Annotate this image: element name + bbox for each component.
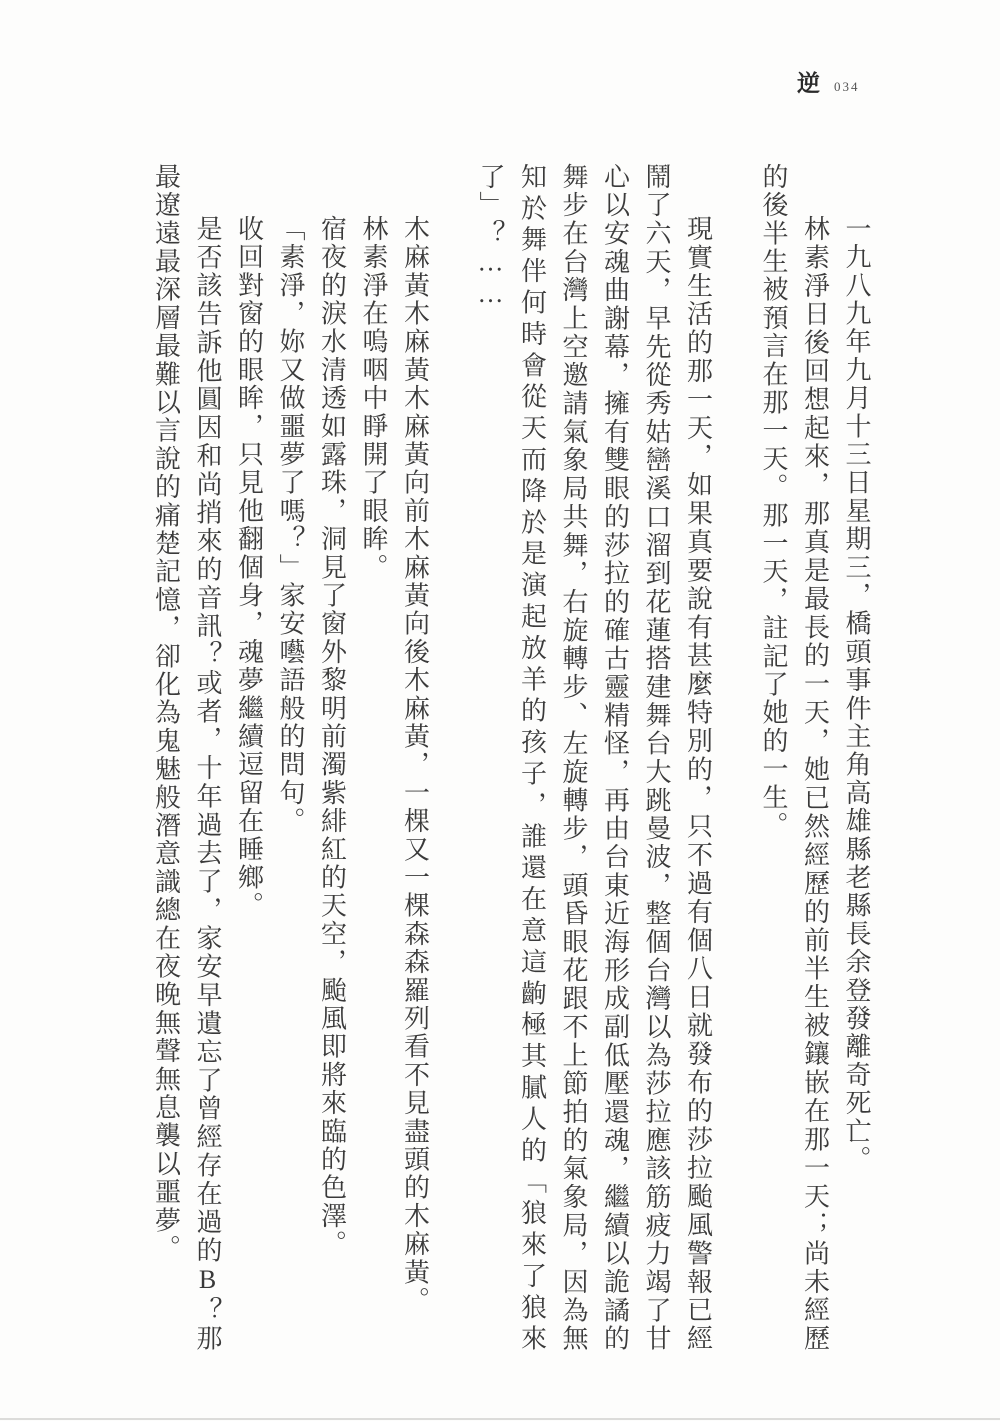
text-section-awakening: 木麻黃木麻黃木麻黃向前木麻黃向後木麻黃，一棵又一棵森森羅列看不見盡頭的木麻黃。 … — [145, 163, 436, 1353]
paragraph: 林素淨日後回想起來，那真是最長的一天，她已然經歷的前半生被鑲嵌在那一天；尚未經歷… — [753, 163, 836, 1353]
page-number: 034 — [834, 80, 860, 93]
book-title: 逆 — [797, 72, 820, 95]
paragraph: 現實生活的那一天，如果真要說有甚麼特別的，只不過有個八日就發布的莎拉颱風警報已經… — [470, 163, 719, 1353]
paragraph: 宿夜的淚水清透如露珠，洞見了窗外黎明前濁紫緋紅的天空，颱風即將來臨的色澤。 — [311, 163, 353, 1353]
vertical-text-block: 一九八九年九月十三日星期三，橋頭事件主角高雄縣老縣長余登發離奇死亡。 林素淨日後… — [145, 163, 877, 1353]
paragraph: 收回對窗的眼眸，只見他翻個身，魂夢繼續逗留在睡鄉。 — [228, 163, 270, 1353]
paragraph: 是否該告訴他圓因和尚捎來的音訊？或者，十年過去了，家安早遺忘了曾經存在過的B？那… — [145, 163, 228, 1353]
text-section-opening: 一九八九年九月十三日星期三，橋頭事件主角高雄縣老縣長余登發離奇死亡。 林素淨日後… — [753, 163, 878, 1353]
paragraph: 木麻黃木麻黃木麻黃向前木麻黃向後木麻黃，一棵又一棵森森羅列看不見盡頭的木麻黃。 — [394, 163, 436, 1353]
text-section-typhoon: 現實生活的那一天，如果真要說有甚麼特別的，只不過有個八日就發布的莎拉颱風警報已經… — [470, 163, 719, 1353]
running-head: 逆 034 — [797, 72, 860, 95]
book-page: 逆 034 一九八九年九月十三日星期三，橋頭事件主角高雄縣老縣長余登發離奇死亡。… — [0, 0, 1000, 1421]
page-bottom-edge — [0, 1418, 1000, 1420]
paragraph: 林素淨在嗚咽中睜開了眼眸。 — [353, 163, 395, 1353]
paragraph: 一九八九年九月十三日星期三，橋頭事件主角高雄縣老縣長余登發離奇死亡。 — [836, 163, 878, 1353]
paragraph: 「素淨，妳又做噩夢了嗎？」家安囈語般的問句。 — [270, 163, 312, 1353]
